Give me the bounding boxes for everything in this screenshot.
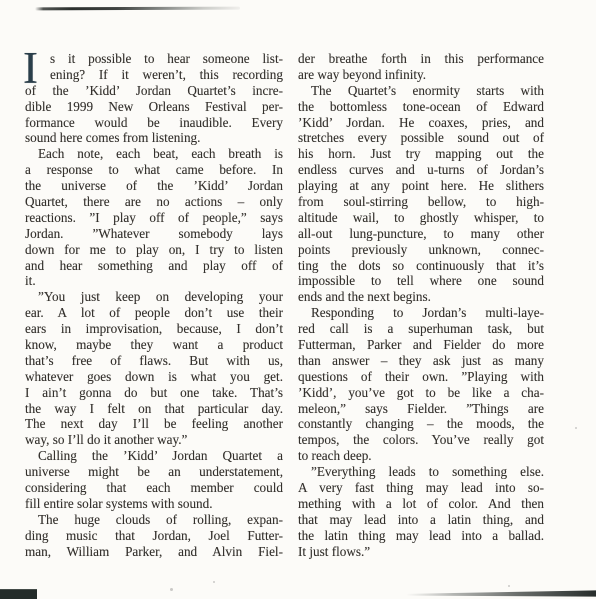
text-line: whatever goes down is what you get.: [25, 369, 283, 385]
text-line: down for me to play on, I try to listen: [25, 242, 283, 258]
text-line: considering that each member could: [25, 480, 283, 496]
text-line: know, maybe they want a product: [25, 337, 283, 353]
text-line: that may lead into a latin thing, and: [298, 512, 544, 528]
text-line: ears in improvisation, because, I don’t: [25, 321, 283, 337]
text-line: that’s free of flaws. But with us,: [25, 353, 283, 369]
text-line: impossible to tell where one sound: [298, 273, 544, 289]
paragraph: der breathe forth in this performanceare…: [298, 51, 544, 83]
text-line: reactions. ”I play off of people,” says: [25, 210, 283, 226]
text-line: ening? If it weren’t, this recording: [25, 67, 283, 83]
text-line: ding music that Jordan, Joel Futter-: [25, 528, 283, 544]
text-line: the latin thing may lead into a ballad.: [298, 528, 544, 544]
text-line: the universe of the ’Kidd’ Jordan: [25, 178, 283, 194]
text-line: the bottomless tone-ocean of Edward: [298, 99, 544, 115]
text-line: the way I felt on that particular day.: [25, 401, 283, 417]
text-line: to reach deep.: [298, 448, 544, 464]
paragraph: The huge clouds of rolling, expan-ding m…: [25, 512, 283, 560]
text-line: man, William Parker, and Alvin Fiel-: [25, 544, 283, 560]
scan-speck: [575, 427, 577, 429]
bottom-left-ink-block: [0, 589, 37, 599]
text-line: tempos, the colors. You’ve really got: [298, 432, 544, 448]
text-line: stretches every possible sound out of: [298, 130, 544, 146]
text-line: Jordan. ”Whatever somebody lays: [25, 226, 283, 242]
text-line: Responding to Jordan’s multi-laye-: [298, 305, 544, 321]
text-line: fill entire solar systems with sound.: [25, 496, 283, 512]
text-line: It just flows.”: [298, 544, 544, 560]
text-line: ear. A lot of people don’t use their: [25, 305, 283, 321]
text-line: s it possible to hear someone list-: [25, 51, 283, 67]
text-line: I ain’t gonna do but one take. That’s: [25, 385, 283, 401]
paragraph: The Quartet’s enormity starts withthe bo…: [298, 83, 544, 305]
left-column: Is it possible to hear someone list-enin…: [25, 51, 283, 560]
text-line: Each note, each beat, each breath is: [25, 146, 283, 162]
text-line: altitude wail, to ghostly whisper, to: [298, 210, 544, 226]
text-line: ends and the next begins.: [298, 289, 544, 305]
text-line: than answer – they ask just as many: [298, 353, 544, 369]
text-line: ’Kidd’ Jordan. He coaxes, pries, and: [298, 115, 544, 131]
text-line: Futterman, Parker and Fielder do more: [298, 337, 544, 353]
scan-speck: [213, 581, 215, 583]
paragraph: Is it possible to hear someone list-enin…: [25, 51, 283, 146]
text-line: it.: [25, 273, 283, 289]
text-line: all-out lung-puncture, to many other: [298, 226, 544, 242]
paragraph: ”You just keep on developing yourear. A …: [25, 289, 283, 448]
text-line: his horn. Just try mapping out the: [298, 146, 544, 162]
scan-speck: [508, 585, 510, 587]
text-line: questions of their own. ”Playing with: [298, 369, 544, 385]
text-line: constantly changing – the moods, the: [298, 416, 544, 432]
paragraph: ”Everything leads to something else.A ve…: [298, 464, 544, 559]
text-line: are way beyond infinity.: [298, 67, 544, 83]
text-line: universe might be an understatement,: [25, 464, 283, 480]
scanned-liner-notes-page: Is it possible to hear someone list-enin…: [0, 0, 596, 599]
text-line: of the ’Kidd’ Jordan Quartet’s incre-: [25, 83, 283, 99]
text-line: The next day I’ll be feeling another: [25, 416, 283, 432]
text-line: ”Everything leads to something else.: [298, 464, 544, 480]
text-line: The Quartet’s enormity starts with: [298, 83, 544, 99]
text-line: from soul-stirring bellow, to high-: [298, 194, 544, 210]
text-line: mething with a lot of color. And then: [298, 496, 544, 512]
text-line: Calling the ’Kidd’ Jordan Quartet a: [25, 448, 283, 464]
text-line: formance would be inaudible. Every: [25, 115, 283, 131]
text-line: der breathe forth in this performance: [298, 51, 544, 67]
text-line: endless curves and u-turns of Jordan’s: [298, 162, 544, 178]
right-column: der breathe forth in this performanceare…: [298, 51, 544, 560]
text-line: Quartet, there are no actions – only: [25, 194, 283, 210]
text-line: red call is a superhuman task, but: [298, 321, 544, 337]
text-line: playing at any point here. He slithers: [298, 178, 544, 194]
text-line: The huge clouds of rolling, expan-: [25, 512, 283, 528]
text-line: points previously unknown, connec-: [298, 242, 544, 258]
drop-cap: I: [23, 50, 39, 83]
text-line: dible 1999 New Orleans Festival per-: [25, 99, 283, 115]
bottom-right-rule-artifact: [406, 590, 596, 597]
text-line: a response to what came before. In: [25, 162, 283, 178]
paragraph: Calling the ’Kidd’ Jordan Quartet aunive…: [25, 448, 283, 512]
text-line: and hear something and play off of: [25, 258, 283, 274]
paragraph: Each note, each beat, each breath isa re…: [25, 146, 283, 289]
text-line: ”You just keep on developing your: [25, 289, 283, 305]
text-line: ting the dots so continuously that it’s: [298, 258, 544, 274]
top-rule-artifact: [35, 7, 240, 11]
paragraph: Responding to Jordan’s multi-laye-red ca…: [298, 305, 544, 464]
text-line: A very fast thing may lead into so-: [298, 480, 544, 496]
text-line: way, so I’ll do it another way.”: [25, 432, 283, 448]
scan-speck: [170, 588, 173, 591]
text-line: meleon,” says Fielder. ”Things are: [298, 401, 544, 417]
text-line: ’Kidd’, you’ve got to be like a cha-: [298, 385, 544, 401]
text-line: sound here comes from listening.: [25, 130, 283, 146]
